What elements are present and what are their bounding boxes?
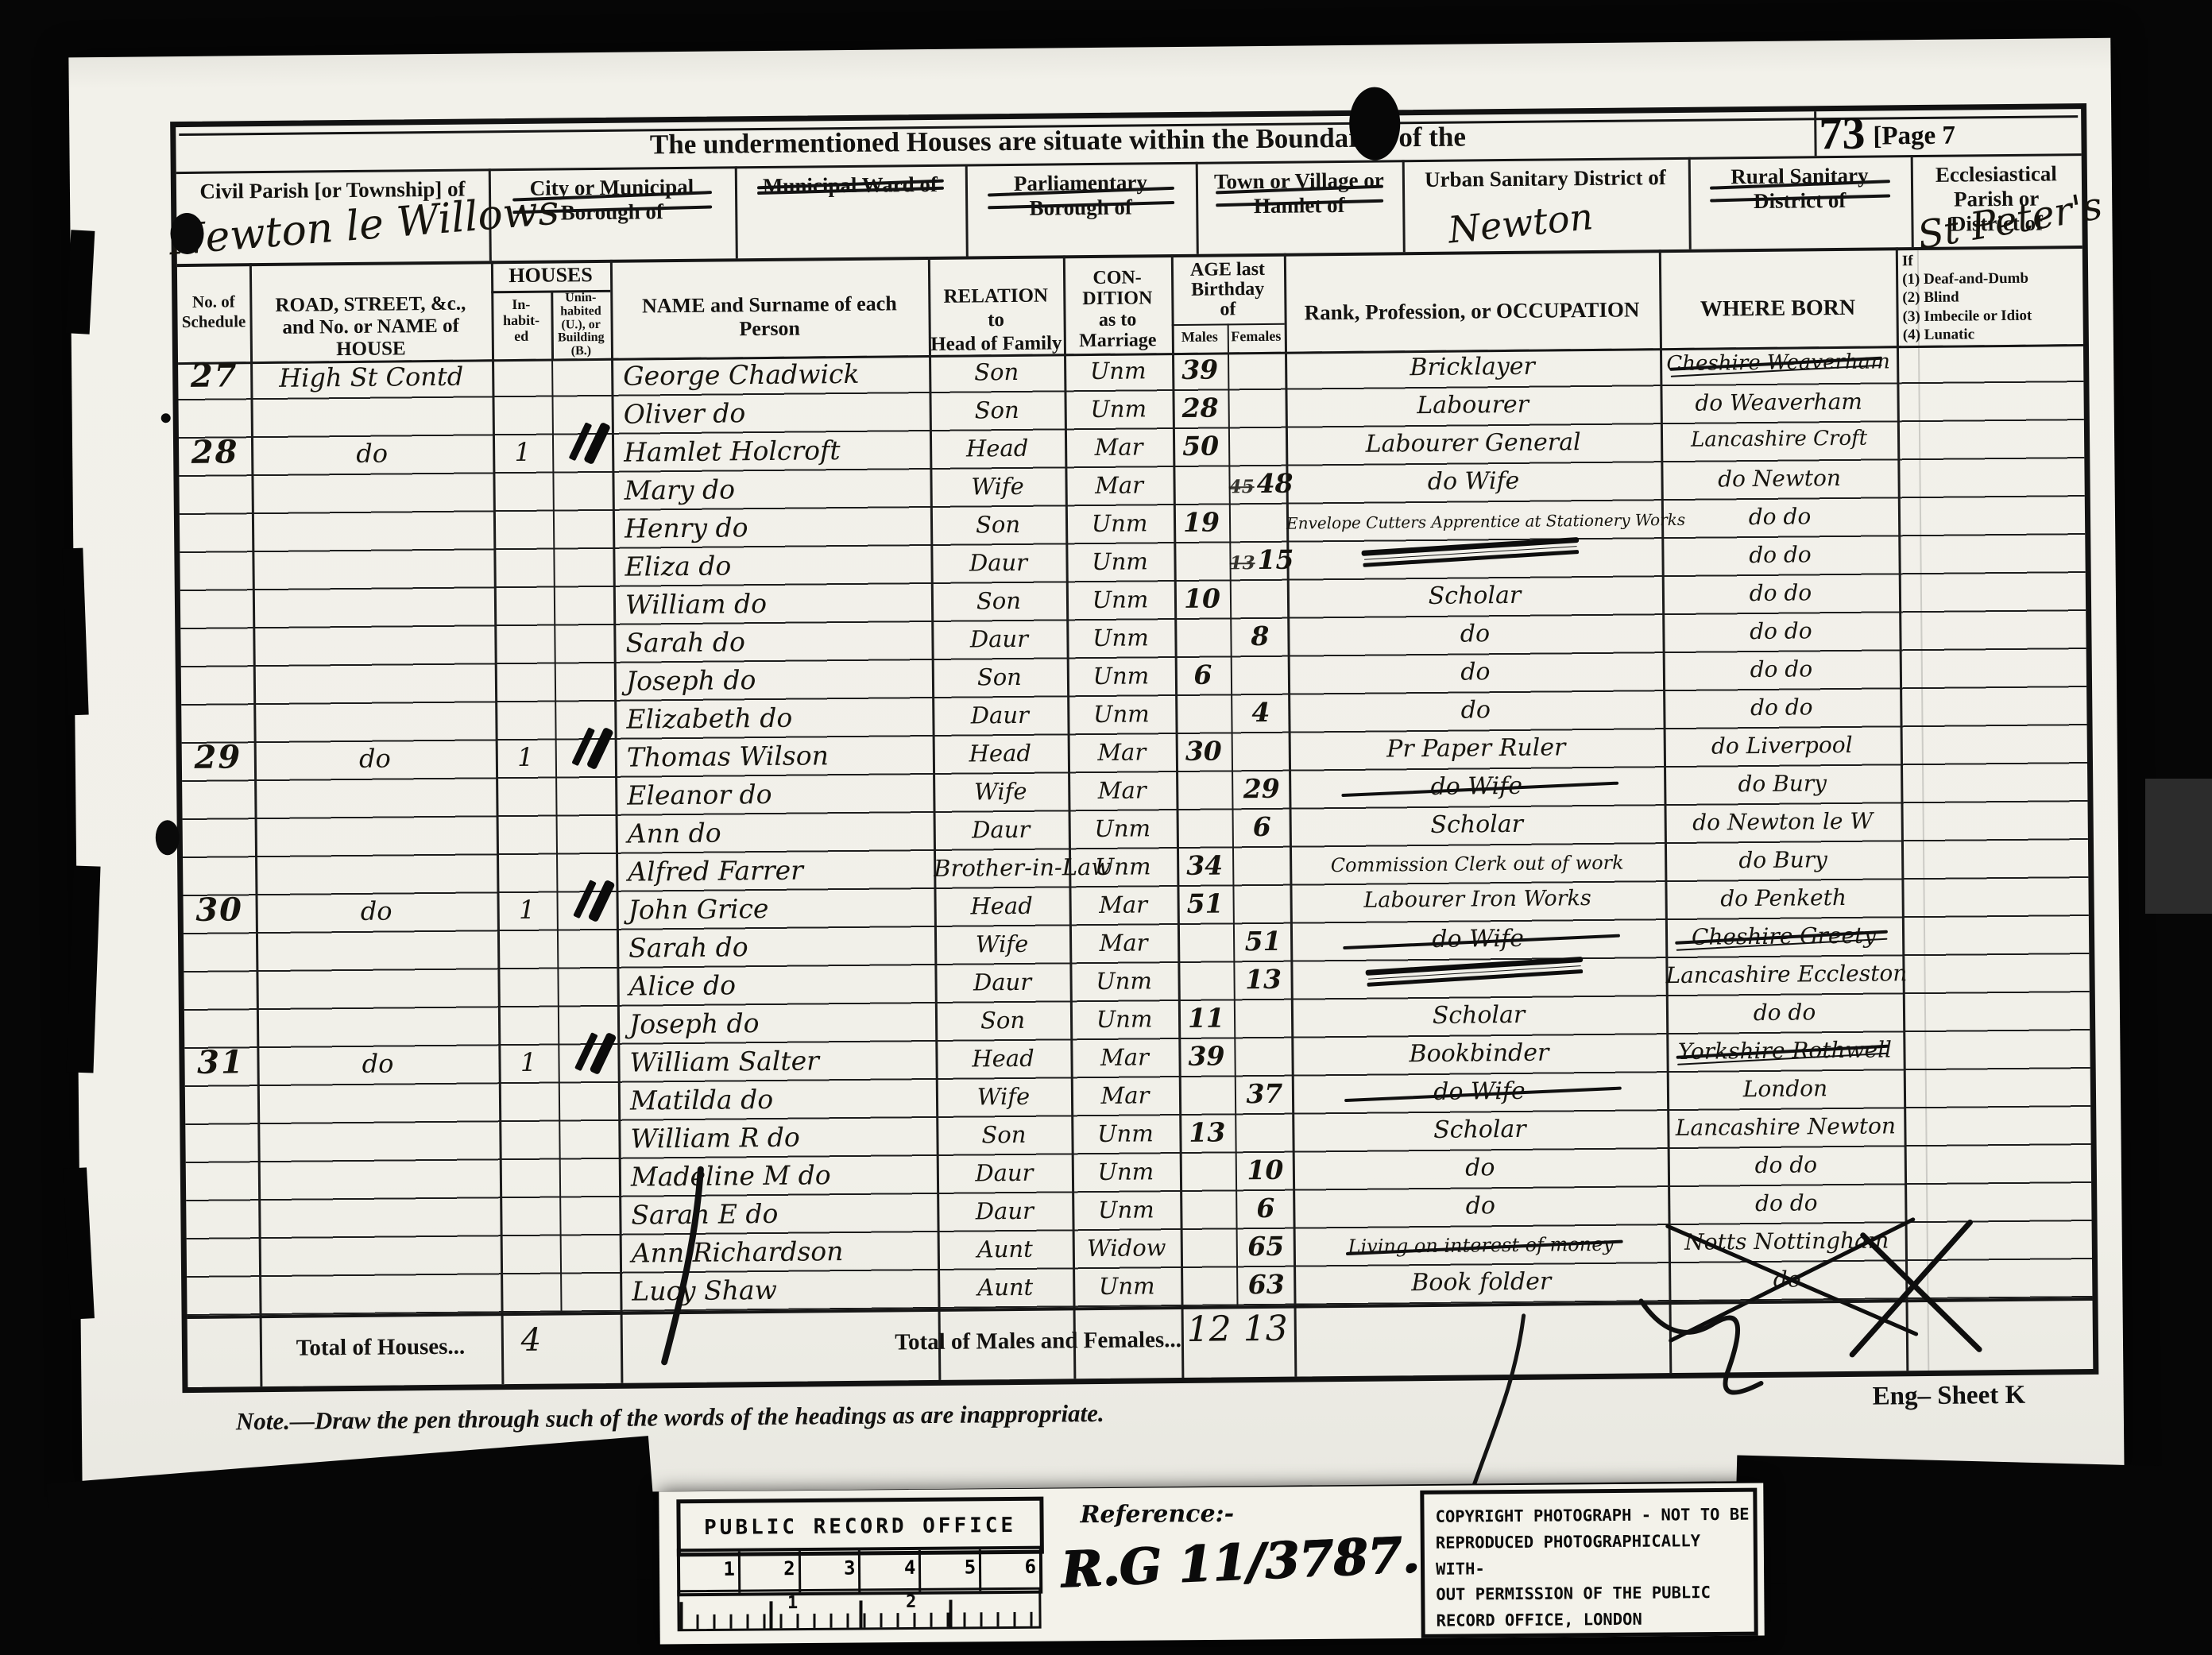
birthplace-cell: do Penketh — [1665, 884, 1901, 912]
inhabited-cell — [495, 666, 555, 667]
inhabited-cell — [497, 933, 557, 934]
condition-cell: Unm — [1065, 509, 1174, 537]
condition-cell: Unm — [1065, 395, 1173, 423]
inhabited-cell — [499, 1085, 559, 1086]
birthplace-cell: do — [1669, 1265, 1905, 1293]
age-female-cell: 65 — [1236, 1231, 1294, 1263]
age-female-cell — [1234, 1002, 1291, 1034]
age-female-cell — [1232, 887, 1290, 919]
age-male-cell — [1177, 811, 1232, 812]
name-cell: Ann do — [628, 815, 946, 849]
name-cell: Sarah do — [625, 624, 943, 659]
birthplace-cell: Lancashire Eccleston — [1665, 960, 1902, 988]
occupation-cell: Scholar — [1287, 580, 1662, 612]
birthplace-cell: do do — [1662, 578, 1899, 607]
inhabited-cell — [498, 1009, 558, 1010]
ruler-segment: 5 — [921, 1549, 981, 1591]
sheet-label: Eng– Sheet K — [1872, 1381, 2025, 1412]
age-female-cell: 8 — [1230, 621, 1287, 652]
occupation-cell: Scholar — [1291, 1000, 1666, 1031]
relation-cell: Wife — [934, 930, 1069, 958]
name-cell: Joseph do — [626, 663, 944, 697]
ruler-number: 1 — [787, 1593, 798, 1613]
road-cell — [257, 1123, 499, 1126]
relation-cell: Aunt — [938, 1235, 1073, 1263]
relation-cell: Daur — [932, 701, 1067, 729]
condition-cell: Mar — [1069, 891, 1177, 918]
birthplace-cell: do Bury — [1664, 769, 1901, 798]
age-value: 4 — [1251, 697, 1270, 728]
condition-cell: Widow — [1073, 1234, 1181, 1262]
occupation-cell: Envelope Cutters Apprentice at Stationer… — [1286, 510, 1661, 533]
age-female-cell — [1228, 430, 1286, 462]
age-value: 8 — [1251, 621, 1269, 652]
age-value: 6 — [1256, 1193, 1274, 1224]
age-value: 37 — [1246, 1078, 1282, 1109]
age-male-cell: 6 — [1175, 659, 1231, 690]
road-cell: do — [257, 1047, 498, 1080]
occupation-cell: do — [1293, 1190, 1668, 1222]
birthplace-cell: do do — [1661, 540, 1898, 569]
copyright-line: OUT PERMISSION OF THE PUBLIC — [1436, 1580, 1754, 1608]
birthplace-cell: do Liverpool — [1664, 731, 1901, 760]
copyright-notice: COPYRIGHT PHOTOGRAPH - NOT TO BE REPRODU… — [1420, 1488, 1758, 1638]
inhabited-cell — [494, 628, 554, 628]
age-male-cell — [1173, 468, 1228, 469]
age-male-cell: 39 — [1178, 1040, 1234, 1072]
name-cell: Lucy Shaw — [632, 1273, 949, 1307]
person-rows: 27 High St Contd George Chadwick Son Unm… — [178, 344, 2092, 1316]
occupation-cell: do — [1288, 656, 1663, 688]
road-cell — [258, 1162, 500, 1164]
page-label: [Page 7 — [1873, 122, 1955, 154]
relation-cell: Head — [935, 1044, 1070, 1073]
road-cell — [252, 513, 493, 516]
district-label: Municipal Ward of — [744, 172, 956, 199]
name-cell: Matilda do — [630, 1082, 948, 1116]
copyright-line: REPRODUCED PHOTOGRAPHICALLY WITH- — [1436, 1527, 1754, 1582]
inhabited-cell — [500, 1162, 559, 1162]
archive-stamp-strip: PUBLIC RECORD OFFICE 123456 1 2 Referenc… — [659, 1483, 1764, 1645]
age-value: 10 — [1247, 1154, 1283, 1185]
birthplace-cell: do do — [1663, 693, 1900, 721]
enumeration-table: The undermentioned Houses are situate wi… — [170, 103, 2098, 1393]
road-cell: do — [254, 742, 496, 775]
inhabited-cell — [500, 1200, 559, 1201]
condition-cell: Mar — [1068, 776, 1176, 804]
footnote: Note.—Draw the pen through such of the w… — [236, 1399, 1104, 1436]
birthplace-cell: Yorkshire Rothwell — [1666, 1036, 1903, 1065]
age-female-cell: 1315 — [1229, 544, 1286, 576]
age-male-cell — [1180, 1193, 1236, 1193]
age-male-cell — [1174, 544, 1229, 545]
occupation-cell: Living on interest of money — [1294, 1232, 1669, 1259]
age-col-divider — [1228, 323, 1229, 352]
occupation-cell: do — [1288, 694, 1663, 726]
inhabited-cell: 1 — [497, 895, 557, 926]
occupation-cell: do Wife — [1286, 466, 1661, 497]
age-male-cell — [1178, 964, 1233, 965]
relation-cell: Daur — [930, 548, 1065, 577]
ruler-number: 4 — [904, 1556, 916, 1579]
occupation-cell: do Wife — [1292, 1076, 1667, 1108]
total-houses-value: 4 — [501, 1322, 561, 1359]
total-houses-label: Total of Houses... — [260, 1333, 501, 1362]
road-cell — [256, 933, 497, 935]
name-cell: Sarah E do — [631, 1197, 949, 1231]
relation-cell: Son — [935, 1006, 1070, 1034]
inhabited-cell — [499, 1123, 559, 1124]
inhabited-cell — [492, 361, 551, 362]
relation-cell: Daur — [937, 1197, 1072, 1225]
age-male-cell: 39 — [1172, 354, 1228, 385]
age-female-cell: 4548 — [1228, 468, 1286, 500]
reference-value: R.G 11/3787. — [1060, 1526, 1404, 1599]
ruler-number: 1 — [723, 1558, 735, 1580]
name-cell: Eleanor do — [627, 777, 945, 811]
age-female-cell: 6 — [1236, 1193, 1293, 1224]
relation-cell: Head — [934, 891, 1069, 920]
total-persons-label: Total of Males and Females... — [621, 1327, 1181, 1359]
age-female-cell — [1228, 392, 1285, 423]
inhabited-cell — [497, 857, 556, 857]
age-male-cell: 34 — [1177, 849, 1232, 881]
inhabited-cell: 1 — [493, 437, 552, 468]
film-shadow — [1734, 1456, 2212, 1595]
situate-heading: The undermentioned Houses are situate wi… — [414, 119, 1701, 164]
road-cell: High St Contd — [250, 361, 492, 393]
condition-cell: Mar — [1065, 471, 1173, 499]
birthplace-cell: do do — [1662, 617, 1899, 645]
condition-cell: Unm — [1066, 624, 1174, 652]
census-scan: The undermentioned Houses are situate wi… — [0, 0, 2212, 1655]
district-cell-parliamentary-borough: Parliamentary Borough of — [965, 162, 1197, 257]
road-cell — [257, 1085, 499, 1088]
ruler-segment: 6 — [981, 1549, 1039, 1591]
road-cell — [255, 857, 497, 859]
relation-cell: Son — [932, 663, 1067, 691]
age-female-cell — [1234, 1040, 1291, 1072]
occupation-cell: do Wife — [1289, 771, 1664, 802]
age-male-cell — [1181, 1231, 1236, 1232]
copyright-line: RECORD OFFICE, LONDON — [1436, 1606, 1754, 1634]
birthplace-cell: do Newton le W — [1665, 807, 1901, 836]
inhabited-cell — [493, 551, 553, 552]
age-value: 6 — [1253, 811, 1271, 842]
age-male-cell: 50 — [1173, 430, 1228, 462]
occupation-cell: Scholar — [1290, 809, 1665, 841]
relation-cell: Son — [929, 358, 1064, 386]
condition-cell: Mar — [1071, 1081, 1179, 1109]
age-female-cell — [1230, 582, 1287, 614]
relation-cell: Wife — [933, 777, 1068, 806]
total-males-value: 12 — [1181, 1309, 1237, 1350]
age-female-cell — [1228, 354, 1285, 385]
ink-speck — [161, 413, 171, 423]
road-cell — [259, 1276, 501, 1278]
age-male-cell: 30 — [1176, 735, 1232, 767]
condition-cell: Unm — [1071, 1119, 1179, 1147]
district-cell-town-village: Town or Village or Hamlet of — [1196, 160, 1403, 253]
age-female-cell: 63 — [1236, 1269, 1294, 1301]
birthplace-cell: do do — [1666, 998, 1903, 1027]
name-cell: George Chadwick — [623, 358, 941, 392]
age-male-cell — [1179, 1078, 1235, 1079]
road-cell — [257, 1009, 498, 1011]
name-cell: Madeline M do — [631, 1158, 949, 1193]
inhabited-cell — [497, 818, 556, 819]
age-male-cell — [1176, 773, 1232, 774]
ruler-number: 2 — [783, 1557, 795, 1580]
colhead-condition: CON- DITION as to Marriage — [1063, 267, 1172, 366]
condition-cell: Unm — [1064, 357, 1172, 385]
district-label: Town or Village or Hamlet of — [1204, 168, 1394, 218]
age-male-cell — [1181, 1269, 1236, 1270]
inhabited-cell — [496, 780, 555, 781]
folio-number: 73 — [1819, 112, 1865, 154]
inhabited-cell: 1 — [496, 742, 555, 773]
inhabited-cell — [493, 475, 552, 476]
birthplace-cell: London — [1667, 1074, 1904, 1103]
occupation-cell: Commission Clerk out of work — [1290, 851, 1665, 877]
inhabited-cell — [497, 971, 557, 972]
age-male-cell: 28 — [1172, 392, 1228, 423]
name-cell: Alfred Farrer — [628, 853, 946, 887]
occupation-cell: Pr Paper Ruler — [1289, 733, 1664, 764]
occupation-cell — [1286, 542, 1661, 546]
age-female-cell: 10 — [1236, 1154, 1293, 1186]
age-female-cell — [1232, 849, 1290, 881]
name-cell: Oliver do — [624, 396, 942, 430]
age-value: 51 — [1244, 926, 1281, 957]
road-cell — [253, 590, 494, 592]
road-cell — [259, 1238, 501, 1240]
relation-cell: Son — [930, 510, 1065, 539]
occupation-cell: Labourer General — [1286, 427, 1661, 459]
census-page: The undermentioned Houses are situate wi… — [68, 38, 2124, 1498]
relation-cell: Son — [931, 586, 1066, 615]
occupation-cell: Bookbinder — [1291, 1038, 1666, 1069]
ink-blot — [170, 213, 203, 254]
age-female-cell — [1231, 659, 1288, 690]
birthplace-cell: Lancashire Newton — [1667, 1112, 1904, 1141]
condition-cell: Mar — [1070, 1043, 1178, 1071]
name-cell: William do — [625, 586, 943, 621]
age-struck-value: 45 — [1228, 476, 1254, 497]
name-cell: John Grice — [628, 891, 946, 926]
age-value: 63 — [1248, 1269, 1285, 1300]
age-female-cell: 51 — [1233, 926, 1290, 957]
age-value: 15 — [1257, 544, 1294, 575]
ruler-segment: 4 — [860, 1550, 921, 1592]
age-male-cell: 51 — [1177, 887, 1232, 919]
age-male-cell: 13 — [1179, 1116, 1235, 1148]
age-male-cell — [1174, 621, 1230, 621]
relation-cell: Wife — [936, 1082, 1071, 1111]
relation-cell: Aunt — [938, 1273, 1073, 1301]
ruler-number: 6 — [1024, 1556, 1036, 1578]
age-value: 29 — [1243, 773, 1280, 804]
page-number: 73 [Page 7 — [1819, 109, 2074, 154]
age-male-cell: 19 — [1174, 506, 1229, 538]
inhabited-cell — [493, 513, 553, 514]
name-cell: Eliza do — [625, 548, 942, 582]
name-cell: William Salter — [629, 1044, 947, 1078]
relation-cell: Daur — [931, 624, 1066, 653]
district-cell-municipal-ward: Municipal Ward of — [735, 164, 966, 259]
relation-cell: Brother-in-Law — [934, 853, 1069, 882]
road-cell — [251, 399, 493, 401]
road-cell — [251, 475, 493, 478]
name-cell: Elizabeth do — [626, 701, 944, 735]
age-female-cell: 37 — [1235, 1078, 1292, 1110]
film-edge-glow — [2145, 779, 2212, 914]
age-female-cell — [1235, 1116, 1292, 1148]
ruler-number: 3 — [844, 1557, 856, 1580]
name-cell: Ann Richardson — [632, 1235, 949, 1269]
name-cell: Henry do — [625, 510, 942, 544]
age-female-cell: 13 — [1233, 964, 1290, 996]
name-cell: Hamlet Holcroft — [624, 434, 942, 468]
age-value: 65 — [1247, 1231, 1284, 1262]
district-label: Rural Sanitary District of — [1697, 163, 1902, 215]
schedule-number: 30 — [183, 891, 255, 929]
inhabited-cell — [495, 704, 555, 705]
birthplace-cell: Lancashire Croft — [1661, 426, 1897, 452]
condition-cell: Mar — [1069, 929, 1178, 957]
age-female-cell: 4 — [1231, 697, 1288, 729]
road-cell — [258, 1200, 500, 1202]
relation-cell: Son — [936, 1120, 1071, 1149]
occupation-cell: do — [1287, 618, 1662, 650]
birthplace-cell: do do — [1668, 1150, 1905, 1179]
relation-cell: Head — [933, 739, 1068, 768]
name-cell: Joseph do — [629, 1006, 947, 1040]
total-females-value: 13 — [1237, 1309, 1294, 1350]
condition-cell: Unm — [1070, 1005, 1178, 1033]
birthplace-cell: do do — [1661, 502, 1898, 531]
age-female-cell: 29 — [1232, 773, 1289, 805]
name-cell: Alice do — [628, 968, 946, 1002]
age-male-cell: 11 — [1178, 1002, 1234, 1034]
relation-cell: Head — [930, 434, 1065, 462]
occupation-cell: Labourer Iron Works — [1290, 885, 1665, 914]
road-cell — [255, 818, 497, 821]
age-male-cell — [1175, 697, 1231, 698]
age-male-cell — [1178, 926, 1233, 926]
inhabited-cell: 1 — [498, 1047, 558, 1078]
road-cell — [253, 666, 495, 668]
film-shadow — [46, 1436, 659, 1626]
scale-ruler-inches: 1 2 — [677, 1587, 1041, 1632]
occupation-cell: Book folder — [1294, 1266, 1669, 1298]
name-cell: Sarah do — [628, 930, 946, 964]
road-cell — [256, 971, 497, 973]
condition-cell: Unm — [1067, 662, 1175, 690]
birthplace-cell: do Newton — [1661, 464, 1897, 493]
occupation-cell: do — [1293, 1152, 1668, 1184]
name-cell: Mary do — [624, 472, 942, 506]
ink-blot — [156, 820, 180, 855]
birthplace-cell: do do — [1663, 655, 1900, 683]
district-cell-rural-sanitary: Rural Sanitary District of — [1688, 155, 1912, 249]
name-cell: William R do — [630, 1120, 948, 1154]
age-female-cell — [1229, 506, 1286, 538]
ruler-segment: 3 — [801, 1550, 861, 1592]
occupation-cell — [1290, 961, 1665, 965]
condition-cell: Unm — [1065, 547, 1174, 575]
copyright-line: COPYRIGHT PHOTOGRAPH - NOT TO BE — [1435, 1502, 1753, 1530]
road-cell: do — [256, 895, 497, 927]
occupation-cell: Bricklayer — [1285, 351, 1660, 383]
birthplace-cell: Cheshire Weaverham — [1660, 350, 1897, 376]
condition-cell: Mar — [1065, 433, 1173, 461]
condition-cell: Unm — [1072, 1158, 1180, 1185]
age-female-cell — [1232, 735, 1289, 767]
condition-cell: Unm — [1069, 853, 1177, 880]
age-male-cell: 10 — [1174, 582, 1230, 614]
schedule-number: 31 — [184, 1043, 257, 1081]
birthplace-cell: Cheshire Greety — [1665, 922, 1902, 950]
condition-cell: Unm — [1066, 586, 1174, 613]
relation-cell: Daur — [934, 968, 1069, 996]
relation-cell: Wife — [930, 472, 1065, 501]
relation-cell: Son — [930, 396, 1065, 424]
road-cell: do — [251, 437, 493, 470]
condition-cell: Unm — [1069, 814, 1177, 842]
ruler-segment: 1 — [680, 1552, 741, 1594]
ruler-number: 2 — [906, 1592, 916, 1612]
name-cell: Thomas Wilson — [627, 739, 945, 773]
birthplace-cell: do do — [1668, 1189, 1905, 1217]
colhead-disabilities: If (1) Deaf-and-Dumb (2) Blind (3) Imbec… — [1896, 250, 2090, 350]
inhabited-cell — [493, 399, 552, 400]
age-value: 13 — [1245, 964, 1282, 995]
relation-cell: Daur — [937, 1158, 1072, 1187]
condition-cell: Unm — [1073, 1272, 1181, 1300]
district-label: Urban Sanitary District of — [1413, 165, 1677, 192]
age-female-cell: 6 — [1232, 811, 1290, 843]
occupation-cell: Labourer — [1285, 389, 1660, 421]
age-struck-value: 13 — [1229, 552, 1255, 574]
reference-label: Reference:- — [1080, 1500, 1234, 1529]
occupation-cell: Scholar — [1292, 1114, 1667, 1146]
age-male-cell — [1180, 1154, 1236, 1155]
hole-punch-mark — [1349, 87, 1401, 160]
page-number-divider — [1814, 111, 1817, 156]
road-cell — [253, 628, 494, 630]
birthplace-cell: do Bury — [1665, 845, 1901, 874]
district-label: Parliamentary Borough of — [974, 170, 1186, 222]
inhabited-cell — [501, 1238, 560, 1239]
inhabited-cell — [494, 590, 554, 590]
schedule-number: 29 — [182, 738, 254, 776]
inhabited-cell — [501, 1276, 560, 1277]
road-cell — [252, 551, 493, 554]
condition-cell: Mar — [1068, 738, 1176, 766]
condition-cell: Unm — [1069, 967, 1178, 995]
ruler-number: 5 — [965, 1556, 976, 1578]
condition-cell: Unm — [1067, 700, 1175, 728]
schedule-number: 27 — [178, 357, 250, 395]
road-cell — [253, 704, 495, 706]
ruler-segment: 2 — [741, 1551, 801, 1593]
occupation-cell: do Wife — [1290, 923, 1665, 955]
condition-cell: Unm — [1072, 1196, 1180, 1224]
road-cell — [254, 780, 496, 783]
relation-cell: Daur — [934, 815, 1069, 844]
birthplace-cell: do Weaverham — [1660, 388, 1897, 416]
